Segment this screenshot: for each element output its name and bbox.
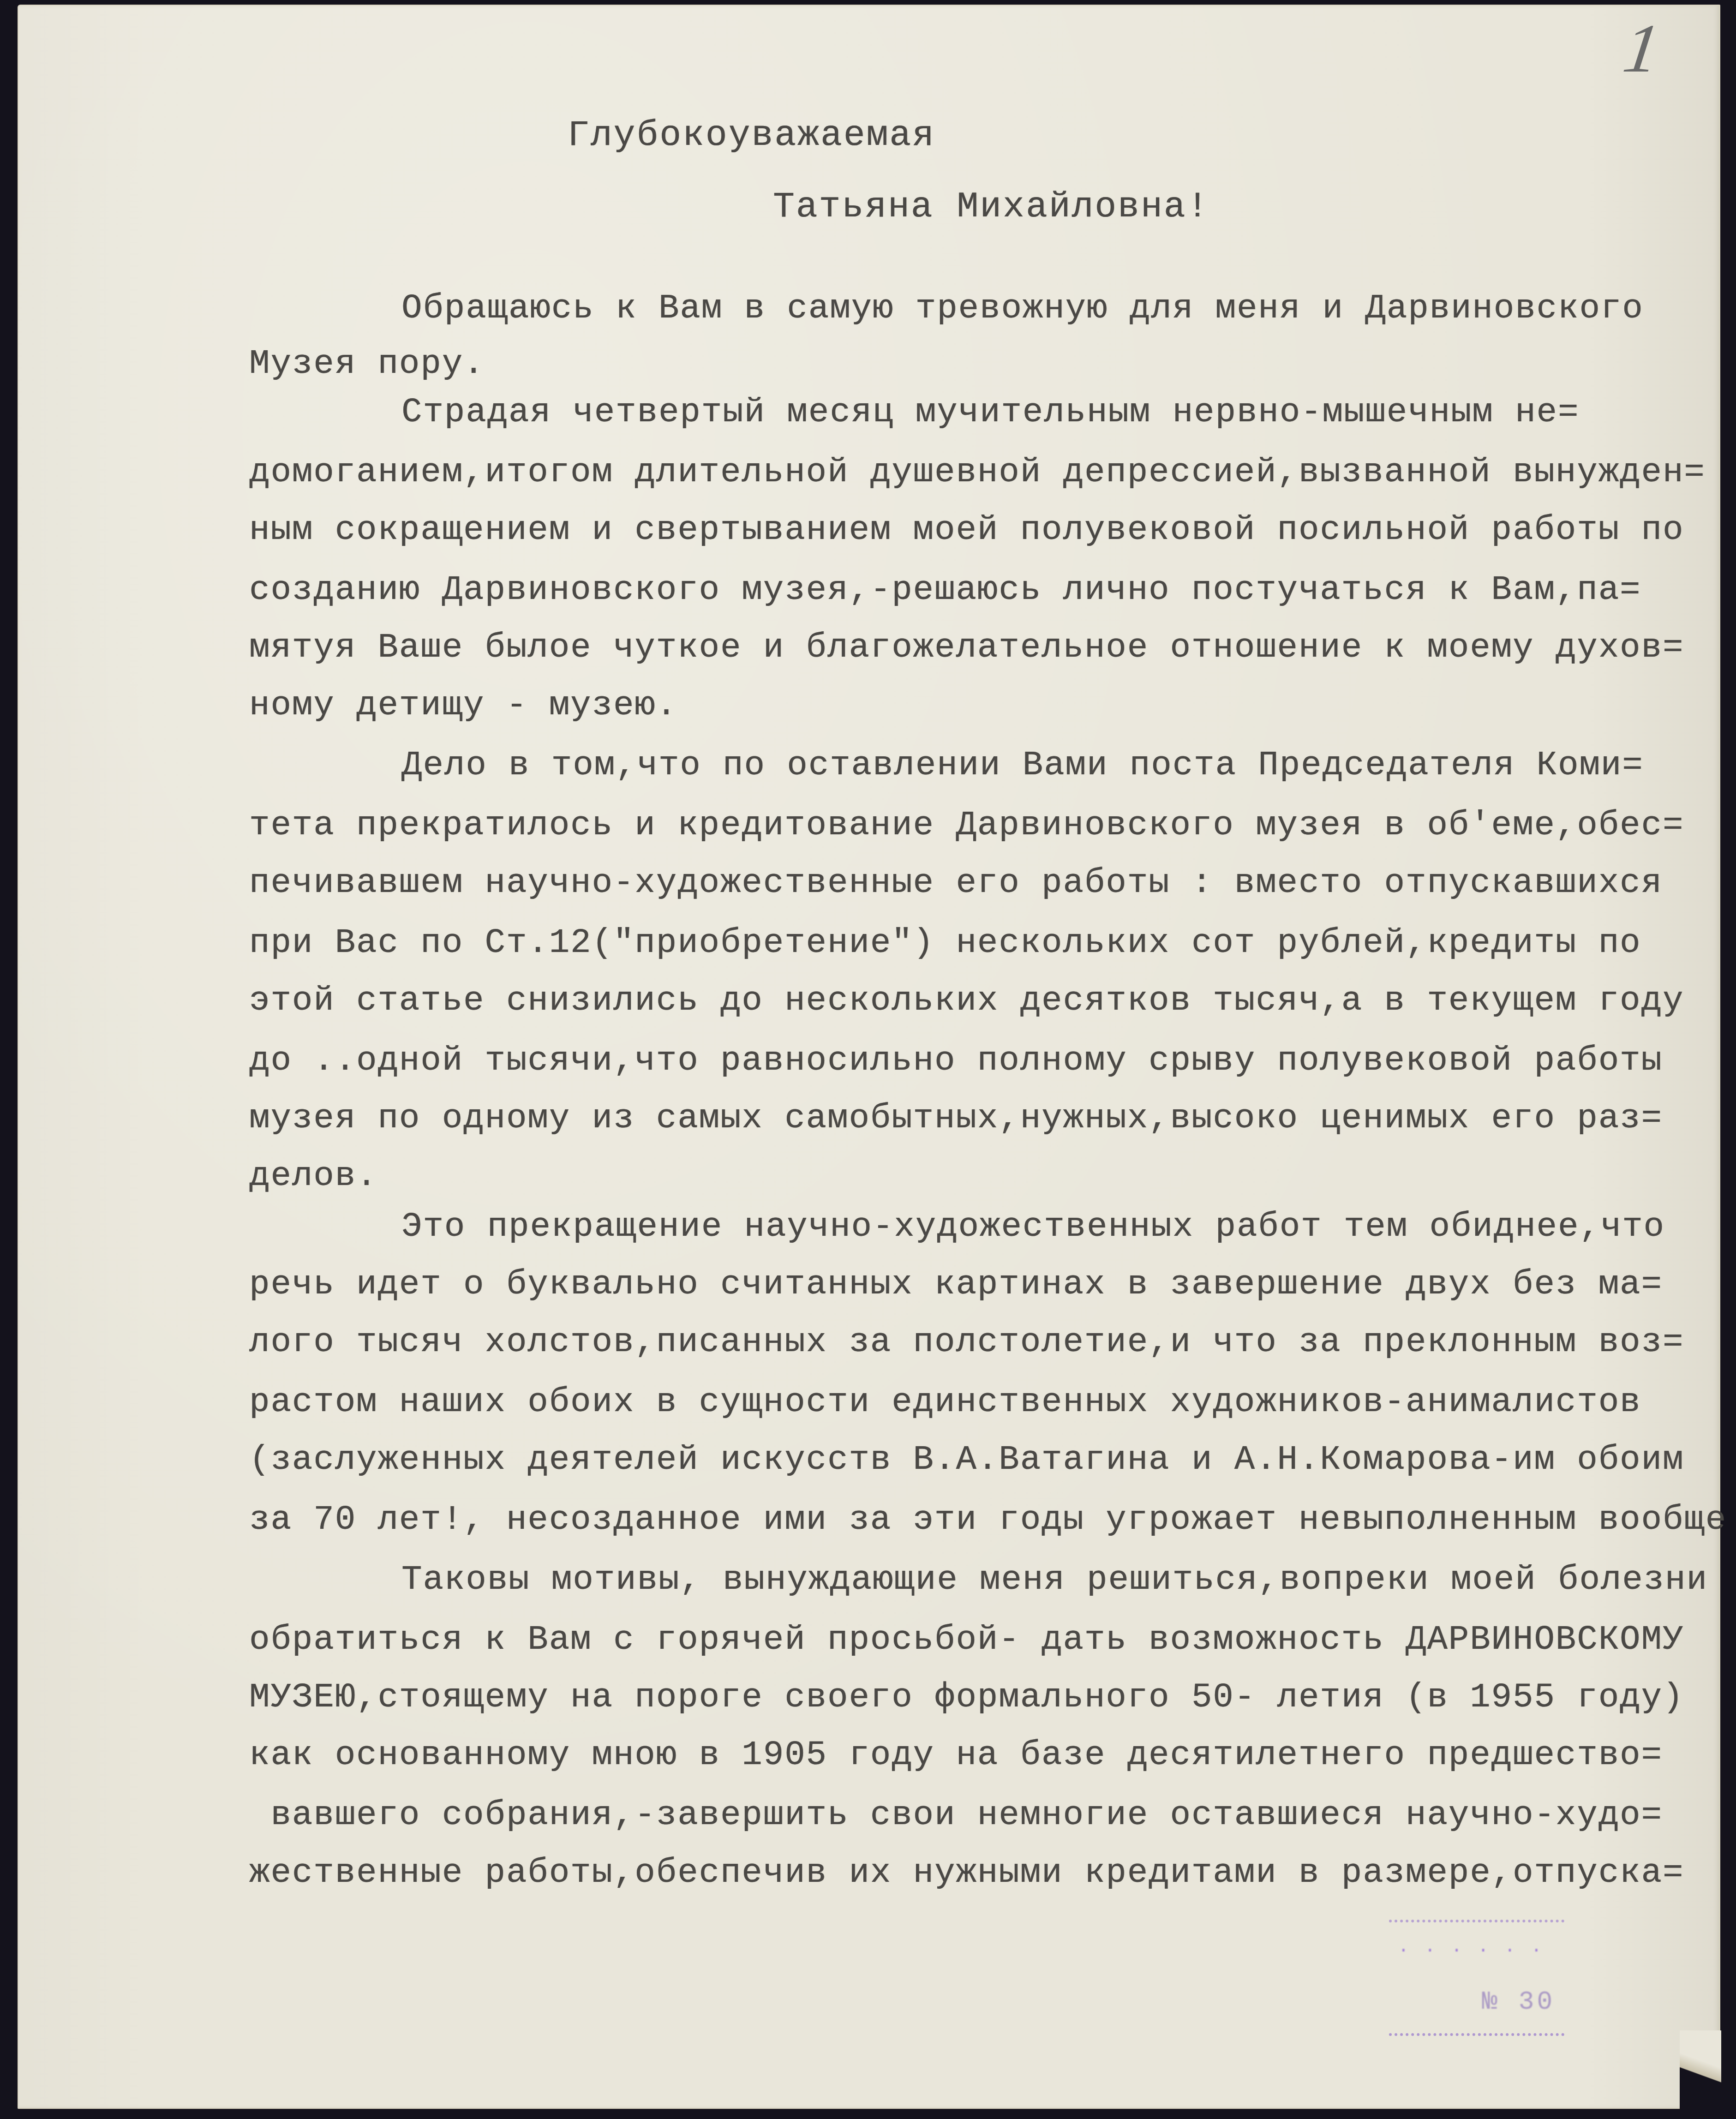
text-line: Дело в том,что по оставлении Вами поста …	[401, 738, 1644, 793]
text-line: ному детищу - музею.	[249, 678, 677, 733]
registration-stamp: · · · · · · № 30	[1389, 1920, 1564, 2036]
text-line: ным сокращением и свертыванием моей полу…	[249, 503, 1684, 557]
text-line: как основанному мною в 1905 году на базе…	[249, 1728, 1663, 1783]
text-line: делов.	[249, 1149, 377, 1203]
text-line: (заслуженных деятелей искусств В.А.Ватаг…	[249, 1433, 1684, 1487]
folded-corner	[1680, 2030, 1721, 2109]
text-line: при Вас по Ст.12("приобретение") несколь…	[249, 916, 1641, 970]
text-line: тета прекратилось и кредитование Дарвино…	[249, 798, 1684, 853]
salutation-line-2: Татьяна Михайловна!	[773, 187, 1209, 227]
text-line: этой статье снизились до нескольких деся…	[249, 974, 1684, 1028]
text-line: МУЗЕЮ,стоящему на пороге своего формальн…	[249, 1670, 1684, 1725]
text-line: до ..одной тысячи,что равносильно полном…	[249, 1034, 1663, 1088]
stamp-number: № 30	[1482, 1987, 1555, 2017]
text-line: музея по одному из самых самобытных,нужн…	[249, 1091, 1663, 1146]
text-line: лого тысяч холстов,писанных за полстолет…	[249, 1315, 1684, 1370]
text-line: речь идет о буквально считанных картинах…	[249, 1257, 1663, 1312]
text-line: печивавшем научно-художественные его раб…	[249, 856, 1663, 910]
text-line: жественные работы,обеспечив их нужными к…	[249, 1846, 1684, 1900]
text-line: домоганием,итогом длительной душевной де…	[249, 445, 1706, 500]
text-line: вавшего собрания,-завершить свои немноги…	[249, 1788, 1663, 1843]
text-line: созданию Дарвиновского музея,-решаюсь ли…	[249, 563, 1641, 617]
text-line: Это прекращение научно-художественных ра…	[401, 1200, 1665, 1254]
text-line: растом наших обоих в сущности единственн…	[249, 1375, 1641, 1430]
text-line: мятуя Ваше былое чуткое и благожелательн…	[249, 621, 1684, 675]
text-line: обратиться к Вам с горячей просьбой- дат…	[249, 1613, 1684, 1667]
text-line: Страдая четвертый месяц мучительным нерв…	[401, 385, 1579, 440]
text-line: Обращаюсь к Вам в самую тревожную для ме…	[401, 281, 1644, 336]
text-line: Музея пору.	[249, 337, 485, 391]
text-line: Таковы мотивы, вынуждающие меня решиться…	[401, 1553, 1708, 1607]
salutation-line-1: Глубокоуважаемая	[568, 115, 935, 156]
text-line: за 70 лет!, несозданное ими за эти годы …	[249, 1493, 1727, 1547]
stamp-top-text: · · · · · ·	[1398, 1941, 1544, 1961]
